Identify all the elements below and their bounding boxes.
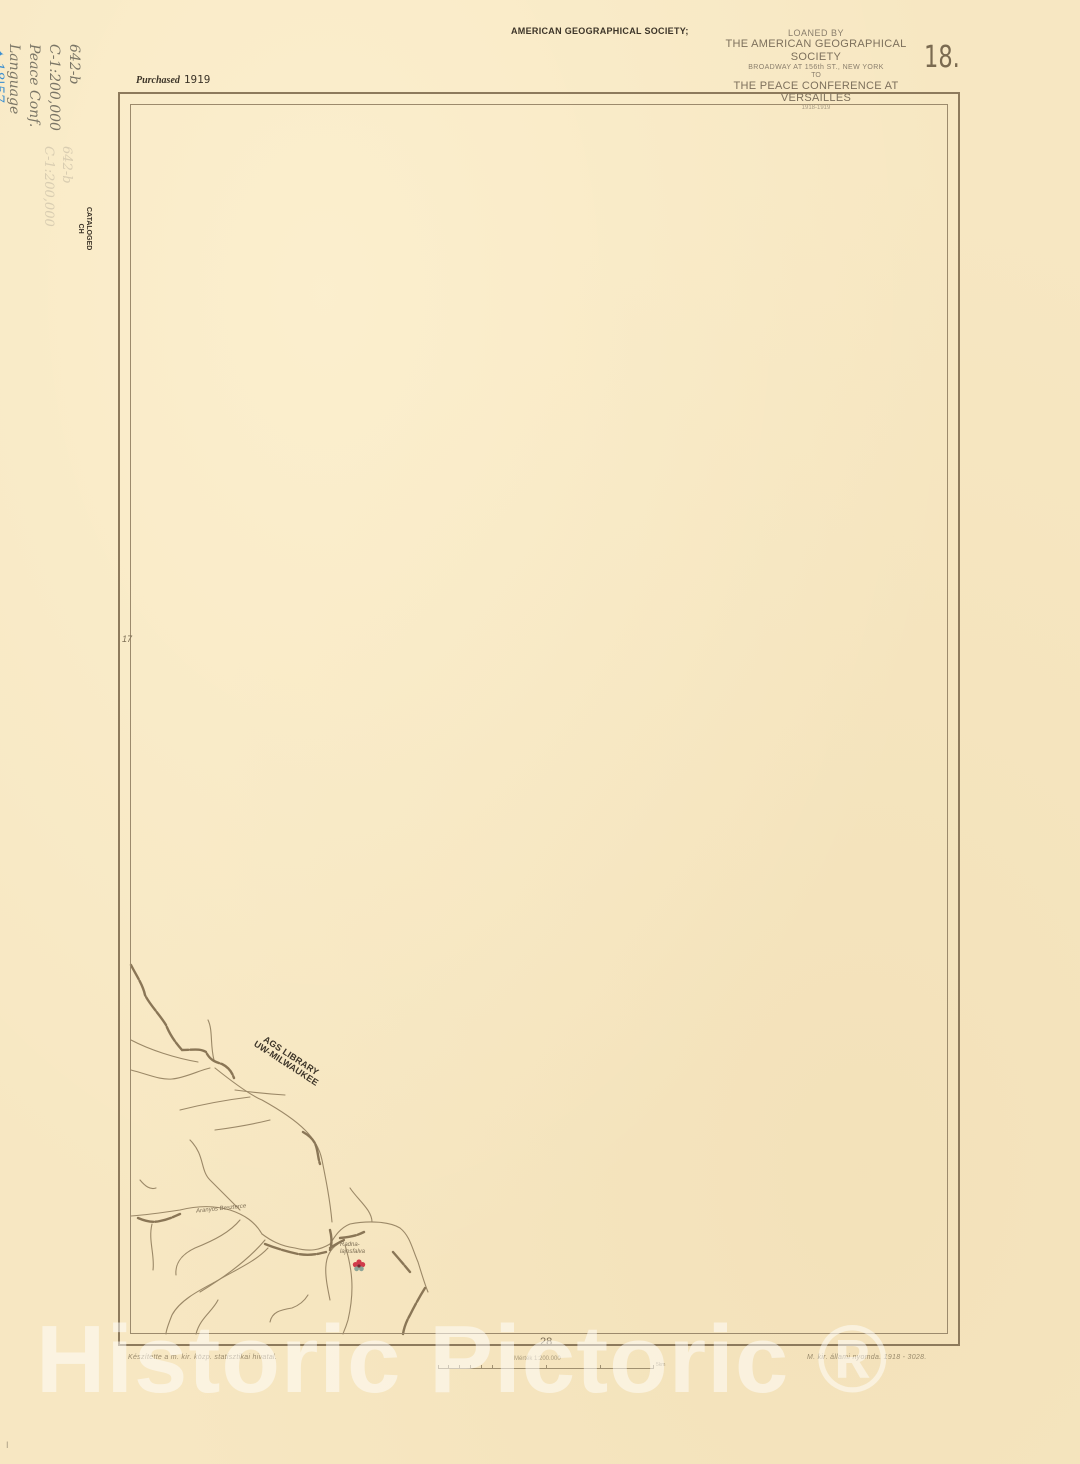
handwritten-note-faint: 642-b <box>59 146 74 184</box>
loan-stamp-line: THE PEACE CONFERENCE AT VERSAILLES <box>716 80 916 105</box>
cataloged-stamp: CATALOGED CH <box>77 207 92 250</box>
publisher-heading: AMERICAN GEOGRAPHICAL SOCIETY; <box>511 26 689 36</box>
cataloged-stamp-line: CH <box>77 207 85 250</box>
loan-stamp-line: 1918-1919 <box>716 105 916 112</box>
handwritten-note: Language <box>6 44 22 114</box>
town-label-line2: lajosfalva <box>340 1249 365 1255</box>
town-label-line1: Radna- <box>340 1242 360 1248</box>
loan-stamp-line: LOANED BY <box>716 28 916 38</box>
grid-label-left: 17 <box>122 634 132 644</box>
sheet-number: 18. <box>924 40 960 75</box>
loan-stamp: LOANED BY THE AMERICAN GEOGRAPHICAL SOCI… <box>716 28 916 112</box>
handwritten-note: C-1:200,000 <box>46 44 62 131</box>
watermark: Historic Pictoric ® <box>36 1305 889 1415</box>
handwritten-note: Peace Conf. <box>26 44 42 127</box>
purchased-year: 1919 <box>184 73 211 86</box>
purchased-stamp: Purchased1919 <box>136 73 210 86</box>
handwritten-note-blue: ✦ 18|57 <box>0 46 6 103</box>
purchased-label: Purchased <box>136 75 180 86</box>
page-mark: I <box>6 1440 9 1450</box>
loan-stamp-line: BROADWAY AT 156th ST., NEW YORK <box>716 64 916 72</box>
cataloged-stamp-line: CATALOGED <box>84 207 92 250</box>
loan-stamp-line: THE AMERICAN GEOGRAPHICAL SOCIETY <box>716 38 916 63</box>
handwritten-note: 642-b <box>66 44 82 84</box>
map-inner-frame <box>130 104 948 1334</box>
loan-stamp-line: TO <box>716 72 916 80</box>
handwritten-note-faint: C-1:200,000 <box>41 146 56 227</box>
